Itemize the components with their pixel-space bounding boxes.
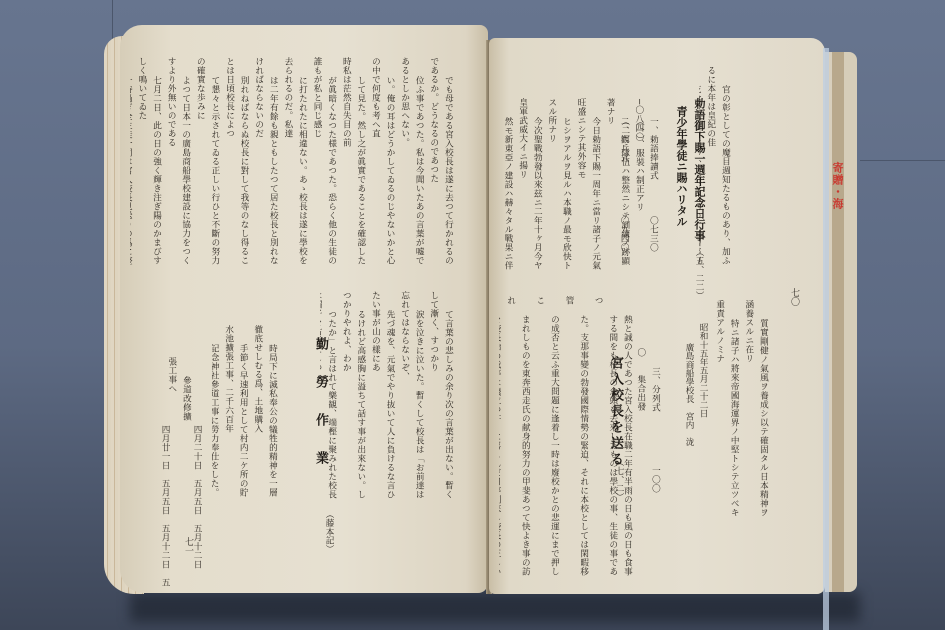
- byline: （藤本記）: [323, 510, 335, 553]
- open-book: でも母である宮入校長は遂に去つて行かれるのであるか。どうなるのであつた 位ふ事で…: [0, 0, 945, 630]
- labor-article-body: 時局下に滅私奉公の犠牲的精神を一層徹底せしむる爲、土地購入 手節く早速利用として…: [212, 325, 294, 505]
- heading-date: （五、二二）: [693, 248, 705, 300]
- sub-item: （一）、服裝ハ制正アリ: [634, 117, 644, 212]
- glass-weight-strip: [823, 48, 829, 630]
- left-line: い。俺の耳はどうかしてゐるのじやないかと心の中で何度も考へ直: [370, 57, 395, 265]
- farewell-line: た。支那事變の勃發國際情勢の緊迫、それに本校としては閑暇移管: [564, 296, 589, 576]
- rescript-body-lower: 質實剛健ノ氣風ヲ養成シ以テ確固タル日本精神ヲ涵養スルニ在リ 特ニ諸子ハ將來帝國海…: [715, 300, 785, 525]
- farewell-line: の成否と云ふ重大問題に逢着し一時は廢校かとの悲運にまで押しこ: [535, 296, 560, 576]
- farewell-line: まれしものを東奔西走氏の献身的努力の甲斐あつて快よき事の訪れ: [506, 296, 531, 576]
- body-line: 然モ新東亞ノ建設ハ赫々タル戰果ニ伴ヒ着々進ミツツアル: [501, 98, 513, 270]
- left-page-body-lower: て言葉の悲しみの余り次の言葉が出ない。暫くして漸く、すつかり 涙を泣きに泣いた。…: [320, 291, 470, 503]
- heading-line-2: 勅語御下賜一週年記念日行事: [691, 98, 707, 241]
- body-line: 特ニ諸子ハ將來帝國海運界ノ中堅トシテ立ツベキ重責アルノミナ: [715, 300, 739, 517]
- farewell-article-body: 熱と誠の人であつた宮入校長在職二年有半雨の日も風の日も食事 する間をも校長の念頭…: [499, 296, 649, 578]
- left-line: て懇々と示されてゐる正しい行ひと不斷の努力の確實な歩みに: [195, 57, 220, 265]
- body-line: 今日勅語下賜一周年ニ當リ諸子ノ元氣旺盛ニシテ其外容モ: [576, 98, 601, 270]
- schedule-dates-2: 四月廿一日 五月五日 五月十二日 五月十九日 六月九日: [156, 425, 172, 595]
- page-number-right: 七〇: [788, 288, 801, 306]
- labor-line: 手節く早速利用として村内二ケ所の貯水池擴張工事、二千六百年: [224, 325, 249, 497]
- left-line: 涙を泣きに泣いた。暫くして校長は「お前達は忘れてはならないぞ、: [400, 291, 425, 499]
- right-page-stack-edge: [825, 52, 857, 592]
- left-line: が眞暗くなつた様であつた。恐らく他の生徒の誰もが私と同じ感じ: [312, 57, 337, 265]
- page-number-left: 七一: [182, 537, 195, 555]
- schedule-work-label: 參道改修擴張工事へ: [167, 357, 192, 421]
- labor-line: 記念神社參道工事に勞力奉仕をした。: [212, 344, 219, 497]
- signature-date: 昭和十五年五月二十二日: [697, 323, 709, 418]
- schedule-dates-1: 四月二十日 五月五日 五月十二日: [188, 425, 204, 585]
- right-page: 官の彰としての魔目週知たるものあり、加ふるに本年は皇紀の佳 花會、興亜行進の外に…: [489, 38, 825, 594]
- sub-item: （二）、隊伍ハ整然ニシテ訓練ノ跡顯著ナリ: [605, 98, 630, 266]
- left-line: て言葉の悲しみの余り次の言葉が出ない。暫くして漸く、すつかり: [429, 291, 454, 499]
- farewell-line: する間をも校長の念頭を去來したものは學校の事、生徒の事であつ: [593, 296, 618, 576]
- left-line: は二年有餘も親ともしたつて居た校長と別れなければならないのだ: [254, 57, 279, 265]
- left-line: 位ふ事であつた。私は今聞いたあの言葉が嘘であるとしか思へない。: [400, 57, 425, 265]
- labor-line: 時局下に滅私奉公の犠牲的精神を一層徹底せしむる爲、土地購入: [253, 325, 278, 497]
- farewell-line: を校長始め我等は飛立つ許りに喜こんだ日が到來し校長の正しい歩へ: [499, 296, 501, 576]
- schedule-works: 參道改修擴張工事へ 貯水池擴張工事へ: [164, 357, 208, 427]
- left-line: でも母である宮入校長は遂に去つて行かれるのであるか。どうなるのであつた: [429, 57, 454, 265]
- body-line: 質實剛健ノ氣風ヲ養成シ以テ確固タル日本精神ヲ涵養スルニ在リ: [744, 300, 769, 517]
- signature: 廣島商船學校長 宮内 泷: [683, 343, 695, 446]
- left-line: して見た。然し之が眞實であることを確認した時私は茫然自失目の前: [341, 57, 366, 265]
- left-page-body-continued: でも母である宮入校長は遂に去つて行かれるのであるか。どうなるのであつた 位ふ事で…: [130, 57, 470, 269]
- red-seal-stamp: 寄贈・海: [829, 162, 843, 240]
- left-page: でも母である宮入校長は遂に去つて行かれるのであるか。どうなるのであつた 位ふ事で…: [120, 25, 488, 593]
- left-line: 十時過ぎ全生徒一同は宮入校長見送りの爲に整列した島内の人々も: [130, 57, 132, 265]
- intro-line: 官の彰としての魔目週知たるものあり、加ふるに本年は皇紀の佳: [706, 66, 731, 265]
- rescript-body: （一）、服裝ハ制正アリ （二）、隊伍ハ整然ニシテ訓練ノ跡顯著ナリ 今日勅語下賜一…: [501, 98, 661, 273]
- article-title-labor: 勤 勞 作 業: [311, 337, 330, 470]
- left-line: 別れねばならぬ校長に對して我等のなし得ることは日頃校長によつ: [225, 57, 250, 265]
- left-line: るけれど高感胸に溢ちて話す事が出來ない。しつかりやれよ、わか: [341, 291, 366, 499]
- left-line: 七月二日、此の日の強く輝き注ぎ陽のかまびすしく鳴いてゐた: [137, 57, 162, 265]
- heading-line-1: 青少年學徒ニ賜ハリタル: [673, 106, 689, 227]
- left-line: よつて日本一の廣島商船學校建設に協力をつくすより外無いのである: [166, 57, 191, 265]
- left-line: 先づ魂を、元氣でやり抜いて人に負けるな言ひたい事が山の樣にあ: [370, 291, 395, 499]
- farewell-line: 熱と誠の人であつた宮入校長在職二年有半雨の日も風の日も食事: [622, 315, 632, 576]
- body-line: ヒシヲアルヲ見ルハ本職ノ最モ欣快トスル所ナリ: [547, 98, 572, 270]
- body-line: 今次聖戰勃發以來玆ニ二年十ヶ月今ヤ皇軍武威大イニ揚リ: [518, 98, 543, 270]
- left-line: に打たれたに相違ない。あゝ校長は遂に學校を去られるのだ。私達: [283, 57, 308, 265]
